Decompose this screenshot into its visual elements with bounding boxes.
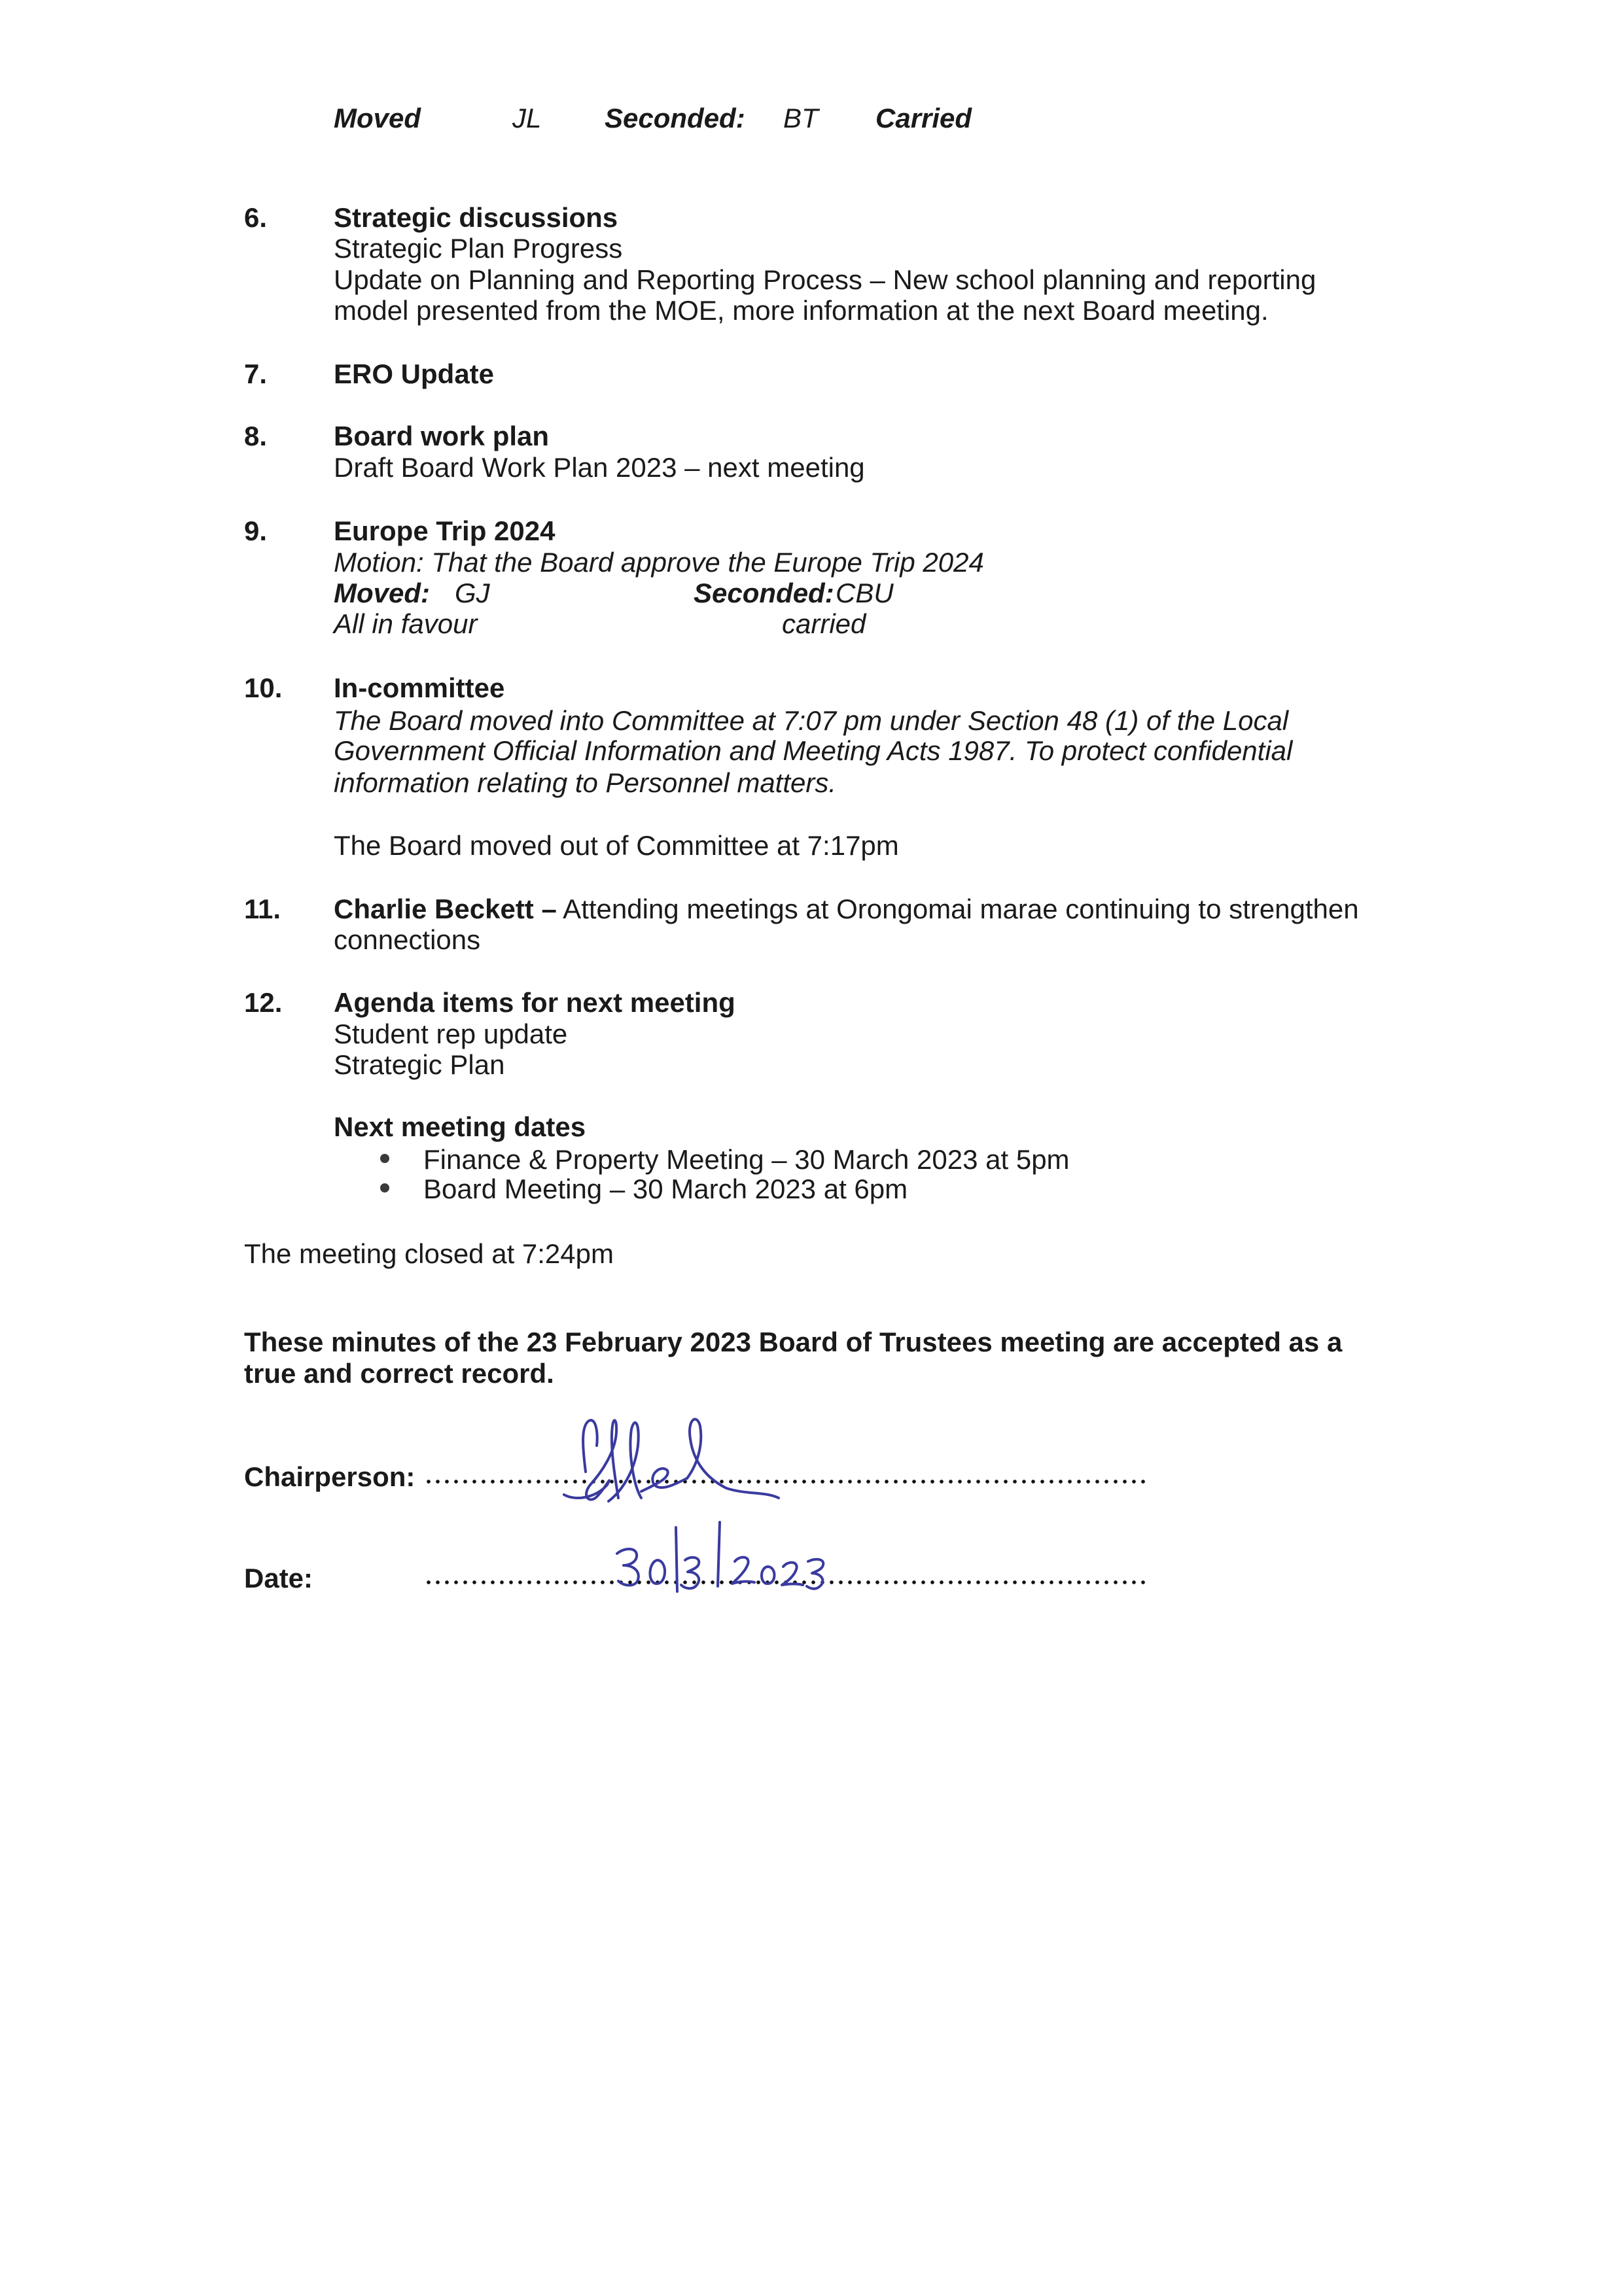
item-heading: ERO Update (334, 360, 494, 388)
item-number: 12. (244, 989, 282, 1017)
item-number: 10. (244, 674, 282, 702)
next-dates-heading: Next meeting dates (334, 1113, 586, 1141)
signature-icon (556, 1406, 792, 1511)
item-heading: Europe Trip 2024 (334, 517, 555, 545)
moved-by: JL (512, 105, 541, 132)
acceptance-text: true and correct record. (244, 1360, 554, 1387)
item-number: 6. (244, 204, 267, 232)
item-heading: Strategic discussions (334, 204, 618, 232)
moved-label: Moved (334, 105, 421, 132)
item-text: Student rep update (334, 1020, 567, 1048)
next-date-item: Board Meeting – 30 March 2023 at 6pm (423, 1175, 908, 1203)
moved-label: Moved: (334, 580, 430, 607)
motion-result: Carried (875, 105, 972, 132)
item-text: Government Official Information and Meet… (334, 737, 1292, 765)
bullet-icon (380, 1183, 389, 1192)
item-heading: In-committee (334, 674, 504, 702)
item-text: Strategic Plan (334, 1051, 504, 1079)
handwritten-date-icon (612, 1521, 887, 1593)
closing-text: The meeting closed at 7:24pm (244, 1240, 614, 1268)
item-heading: Agenda items for next meeting (334, 989, 735, 1017)
date-label: Date: (244, 1565, 313, 1592)
item-text: The Board moved out of Committee at 7:17… (334, 832, 899, 860)
moved-by: GJ (455, 580, 490, 607)
seconded-label: Seconded: (605, 105, 745, 132)
motion-text: Motion: That the Board approve the Europ… (334, 549, 984, 576)
item-text: connections (334, 926, 480, 954)
item-number: 11. (244, 896, 281, 923)
vote-text: All in favour (334, 610, 477, 638)
bullet-icon (380, 1154, 389, 1163)
item-text: information relating to Personnel matter… (334, 769, 836, 797)
item-text: model presented from the MOE, more infor… (334, 297, 1269, 324)
item-heading: Charlie Beckett – (334, 894, 557, 924)
item-number: 9. (244, 517, 267, 545)
item-heading: Board work plan (334, 423, 549, 450)
chairperson-label: Chairperson: (244, 1463, 415, 1491)
seconded-by: BT (783, 105, 819, 132)
item-number: 7. (244, 360, 267, 388)
next-date-item: Finance & Property Meeting – 30 March 20… (423, 1146, 1070, 1174)
item-text: Draft Board Work Plan 2023 – next meetin… (334, 454, 865, 481)
item-text: Attending meetings at Orongomai marae co… (557, 894, 1359, 924)
acceptance-text: These minutes of the 23 February 2023 Bo… (244, 1329, 1342, 1356)
item-line: Charlie Beckett – Attending meetings at … (334, 896, 1359, 923)
seconded-label: Seconded: (694, 580, 834, 607)
item-number: 8. (244, 423, 267, 450)
item-text: Strategic Plan Progress (334, 235, 622, 262)
item-text: The Board moved into Committee at 7:07 p… (334, 707, 1288, 735)
motion-result: carried (782, 610, 866, 638)
seconded-by: CBU (836, 580, 894, 607)
item-text: Update on Planning and Reporting Process… (334, 266, 1316, 294)
